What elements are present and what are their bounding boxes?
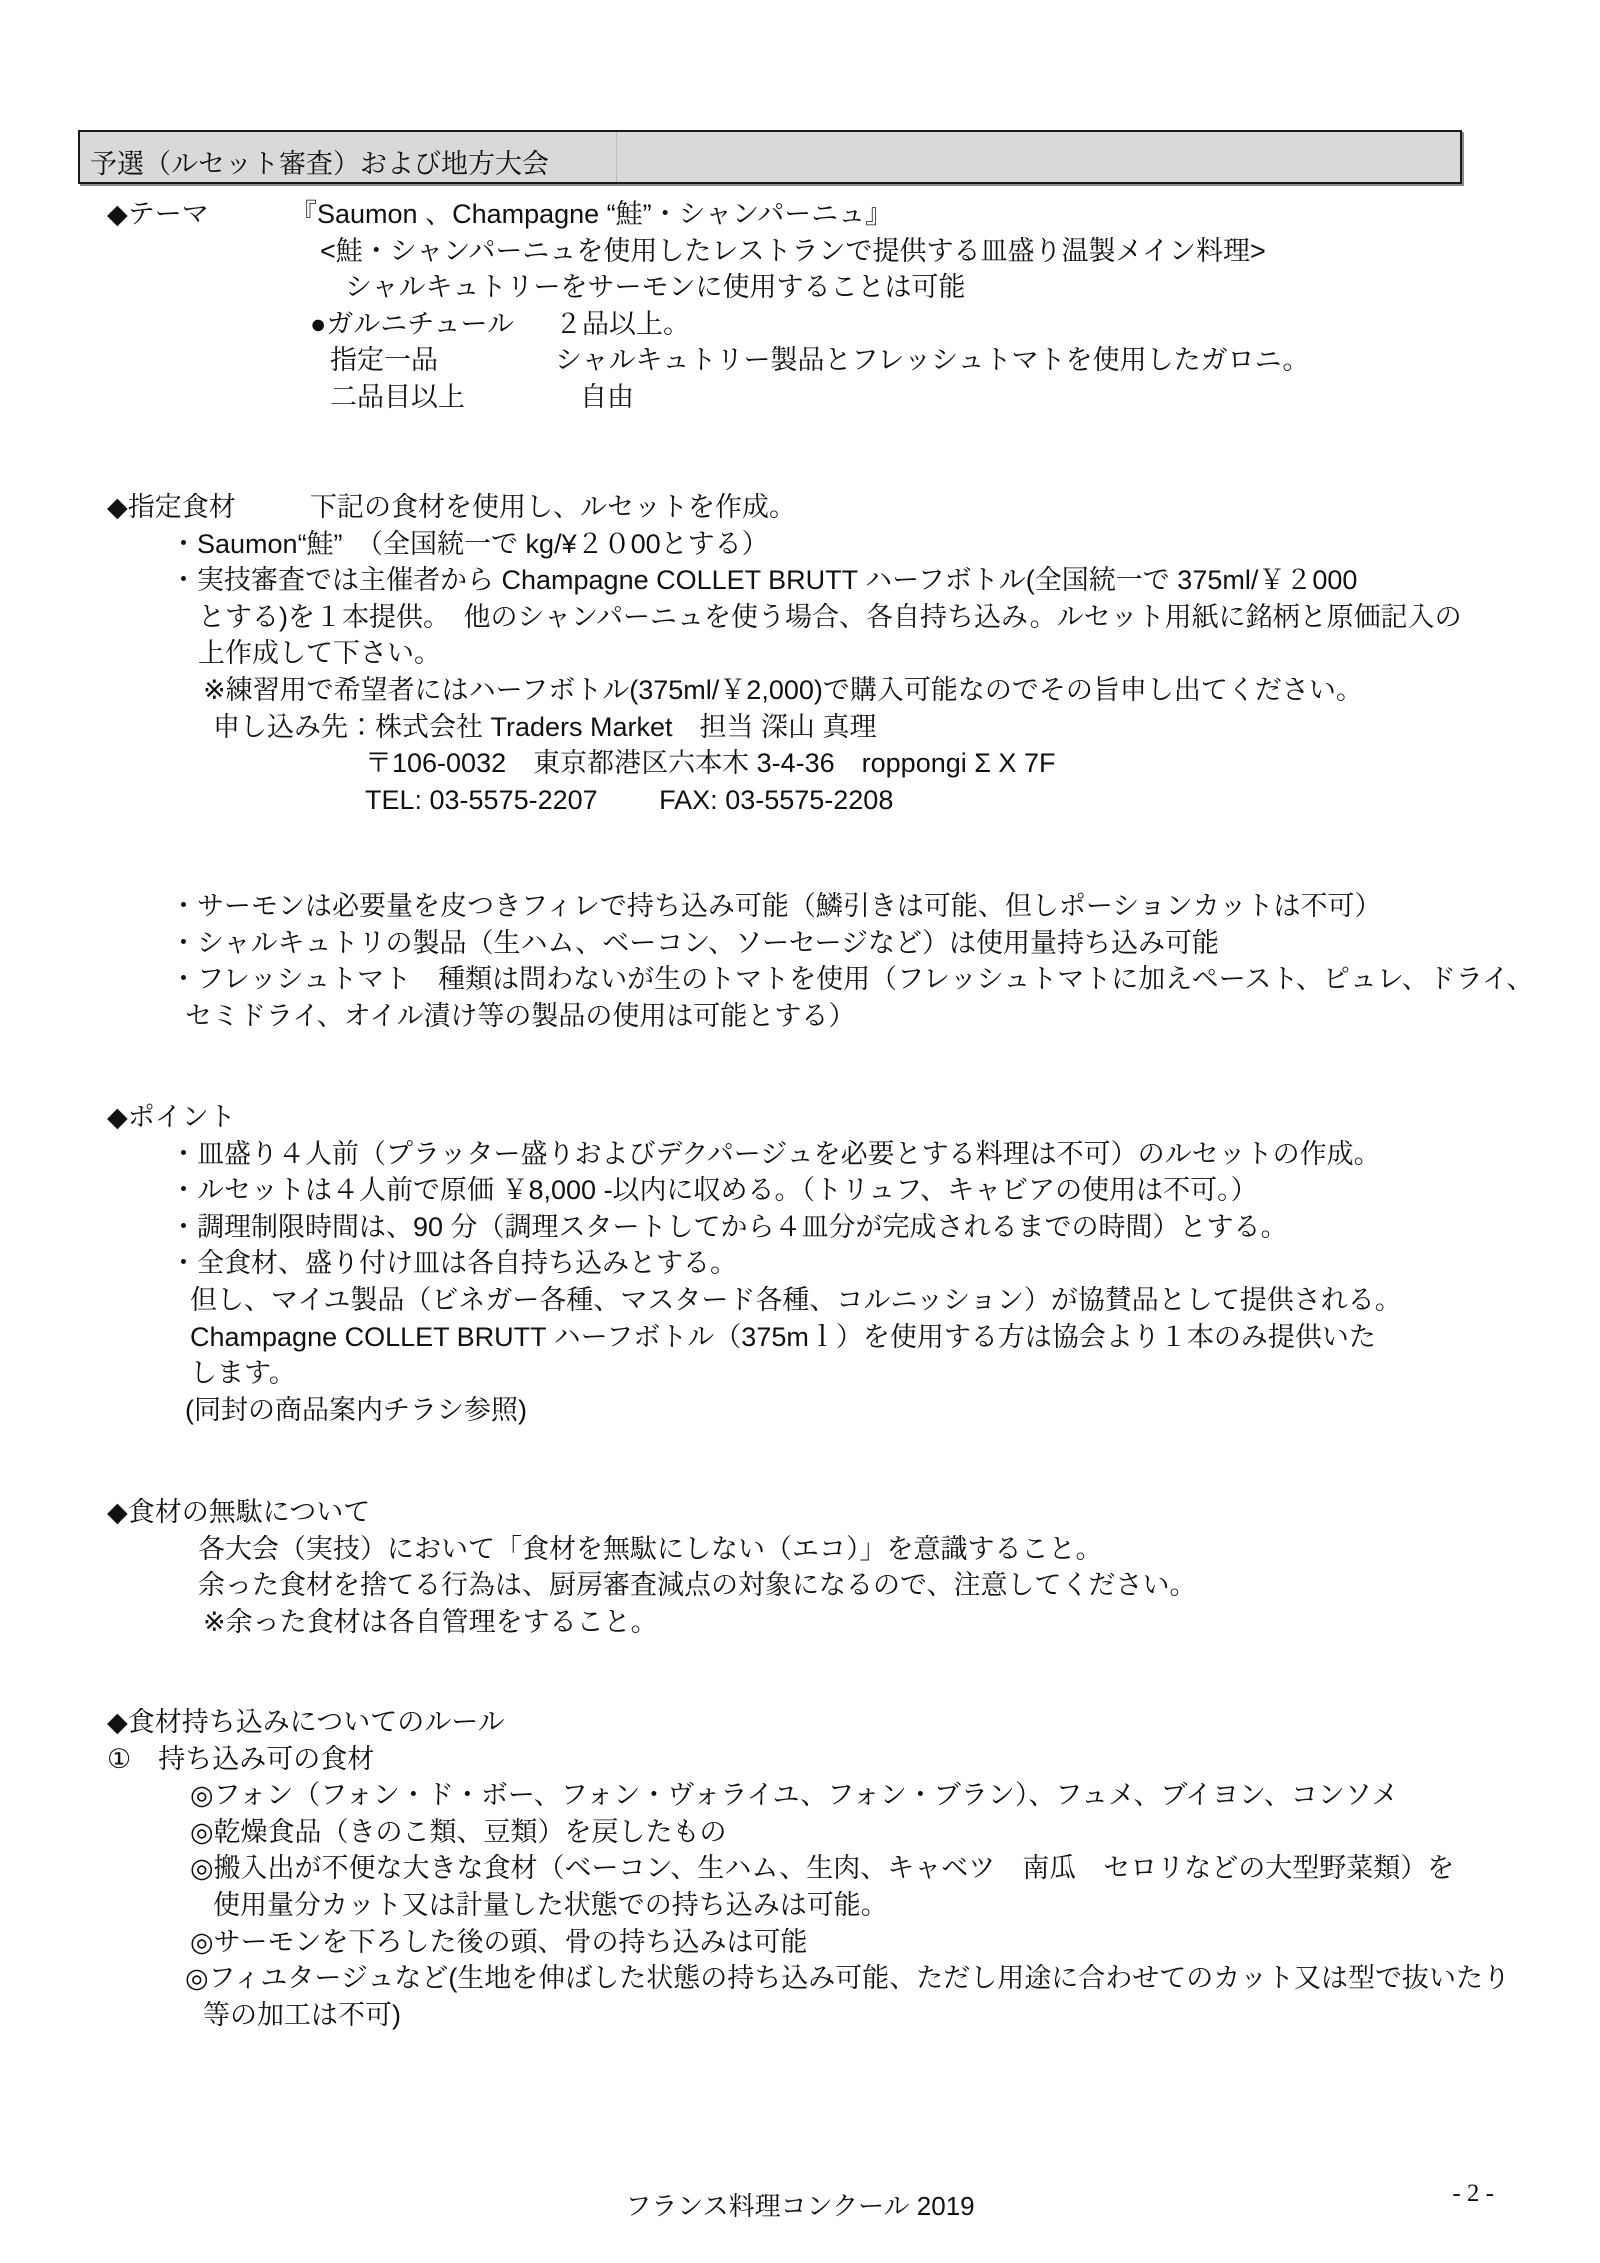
allowance-line: ・フレッシュトマト 種類は問わないが生のトマトを使用（フレッシュトマトに加えペー… [0,961,1600,998]
theme-section: ◆テーマ『Saumon 、Champagne “鮭”・シャンパーニュ』 <鮭・シ… [0,196,1600,416]
section-header-title: 予選（ルセット審査）および地方大会 [90,142,549,181]
carry-in-line: ◎フォン（フォン・ド・ボー、フォン・ヴォライユ、フォン・ブラン）、フュメ、ブイヨ… [0,1777,1600,1814]
footer-page-number: - 2 - [1452,2180,1494,2208]
theme-note: シャルキュトリーをサーモンに使用することは可能 [0,269,1600,306]
theme-subtitle: <鮭・シャンパーニュを使用したレストランで提供する皿盛り温製メイン料理> [0,233,1600,270]
document-page: 予選（ルセット審査）および地方大会 ◆テーマ『Saumon 、Champagne… [0,0,1600,2263]
garniture-item1-label: 指定一品 [330,342,555,379]
ingredients-heading-line: ◆指定食材下記の食材を使用し、ルセットを作成。 [0,489,1600,526]
ingredients-intro: 下記の食材を使用し、ルセットを作成。 [310,492,796,522]
carry-in-line: ◎乾燥食品（きのこ類、豆類）を戻したもの [0,1814,1600,1851]
points-line: ・ルセットは４人前で原価 ￥8,000 -以内に収める。（トリュフ、キャビアの使… [0,1172,1600,1209]
theme-title: 『Saumon 、Champagne “鮭”・シャンパーニュ』 [290,199,892,229]
ingredients-contact-line: 申し込み先：株式会社 Traders Market 担当 深山 真理 [0,709,1600,746]
garniture-item2-label: 二品目以上 [330,379,580,416]
points-line: ・調理制限時間は、90 分（調理スタートしてから４皿分が完成されるまでの時間）と… [0,1209,1600,1246]
carry-in-heading: ◆食材持ち込みについてのルール [0,1704,1600,1741]
carry-in-item1: ① 持ち込み可の食材 [0,1741,1600,1778]
points-heading: ◆ポイント [0,1099,1600,1136]
ingredients-line: 上作成して下さい。 [0,635,1600,672]
points-line: Champagne COLLET BRUTT ハーフボトル（375mｌ）を使用す… [0,1319,1600,1356]
carry-in-section: ◆食材持ち込みについてのルール ① 持ち込み可の食材 ◎フォン（フォン・ド・ボー… [0,1704,1600,2033]
ingredients-line: ・実技審査では主催者から Champagne COLLET BRUTT ハーフボ… [0,562,1600,599]
points-section: ◆ポイント ・皿盛り４人前（プラッター盛りおよびデクパージュを必要とする料理は不… [0,1099,1600,1428]
points-line: します。 [0,1355,1600,1392]
ingredients-line: ・Saumon“鮭” （全国統一で kg/¥２０00とする） [0,526,1600,563]
ingredients-line: ※練習用で希望者にはハーフボトル(375ml/￥2,000)で購入可能なのでその… [0,672,1600,709]
header-divider [616,132,617,182]
allowance-line: ・シャルキュトリの製品（生ハム、ベーコン、ソーセージなど）は使用量持ち込み可能 [0,925,1600,962]
points-line: ・全食材、盛り付け皿は各自持ち込みとする。 [0,1245,1600,1282]
waste-section: ◆食材の無駄について 各大会（実技）において「食材を無駄にしない（エコ）」を意識… [0,1494,1600,1640]
theme-line: ◆テーマ『Saumon 、Champagne “鮭”・シャンパーニュ』 [0,196,1600,233]
garniture-item2-line: 二品目以上自由 [0,379,1600,416]
garniture-label: ●ガルニチュール [310,306,555,343]
waste-line: 余った食材を捨てる行為は、厨房審査減点の対象になるので、注意してください。 [0,1567,1600,1604]
carry-in-line: ◎フィユタージュなど(生地を伸ばした状態の持ち込み可能、ただし用途に合わせてのカ… [0,1960,1600,1997]
ingredients-address-line: 〒106-0032 東京都港区六本木 3-4-36 roppongi Σ X 7… [0,745,1600,782]
waste-heading: ◆食材の無駄について [0,1494,1600,1531]
garniture-item1-value: シャルキュトリー製品とフレッシュトマトを使用したガロニ。 [555,345,1309,375]
garniture-line: ●ガルニチュール２品以上。 [0,306,1600,343]
carry-in-line: 等の加工は不可) [0,1997,1600,2034]
garniture-value: ２品以上。 [555,309,690,339]
carry-in-line: ◎サーモンを下ろした後の頭、骨の持ち込みは可能 [0,1924,1600,1961]
carry-in-line: 使用量分カット又は計量した状態での持ち込みは可能。 [0,1887,1600,1924]
ingredients-phone-line: TEL: 03-5575-2207 FAX: 03-5575-2208 [0,782,1600,819]
allowance-line: ・サーモンは必要量を皮つきフィレで持ち込み可能（鱗引きは可能、但しポーションカッ… [0,888,1600,925]
ingredients-label: ◆指定食材 [107,489,310,526]
points-line: 但し、マイユ製品（ビネガー各種、マスタード各種、コルニッション）が協賛品として提… [0,1282,1600,1319]
garniture-item2-value: 自由 [580,382,634,412]
garniture-item1-line: 指定一品シャルキュトリー製品とフレッシュトマトを使用したガロニ。 [0,342,1600,379]
section-header-box: 予選（ルセット審査）および地方大会 [78,130,1462,184]
footer-doc-title: フランス料理コンクール 2019 [0,2186,1600,2223]
allowance-line: セミドライ、オイル漬け等の製品の使用は可能とする） [0,998,1600,1035]
ingredients-section: ◆指定食材下記の食材を使用し、ルセットを作成。 ・Saumon“鮭” （全国統一… [0,489,1600,818]
theme-label: ◆テーマ [107,196,290,233]
ingredients-line: とする)を１本提供。 他のシャンパーニュを使う場合、各自持ち込み。ルセット用紙に… [0,599,1600,636]
waste-line: ※余った食材は各自管理をすること。 [0,1604,1600,1641]
points-line: (同封の商品案内チラシ参照) [0,1392,1600,1429]
carry-in-line: ◎搬入出が不便な大きな食材（ベーコン、生ハム、生肉、キャベツ 南瓜 セロリなどの… [0,1850,1600,1887]
waste-line: 各大会（実技）において「食材を無駄にしない（エコ）」を意識すること。 [0,1531,1600,1568]
points-line: ・皿盛り４人前（プラッター盛りおよびデクパージュを必要とする料理は不可）のルセッ… [0,1136,1600,1173]
allowances-section: ・サーモンは必要量を皮つきフィレで持ち込み可能（鱗引きは可能、但しポーションカッ… [0,888,1600,1034]
